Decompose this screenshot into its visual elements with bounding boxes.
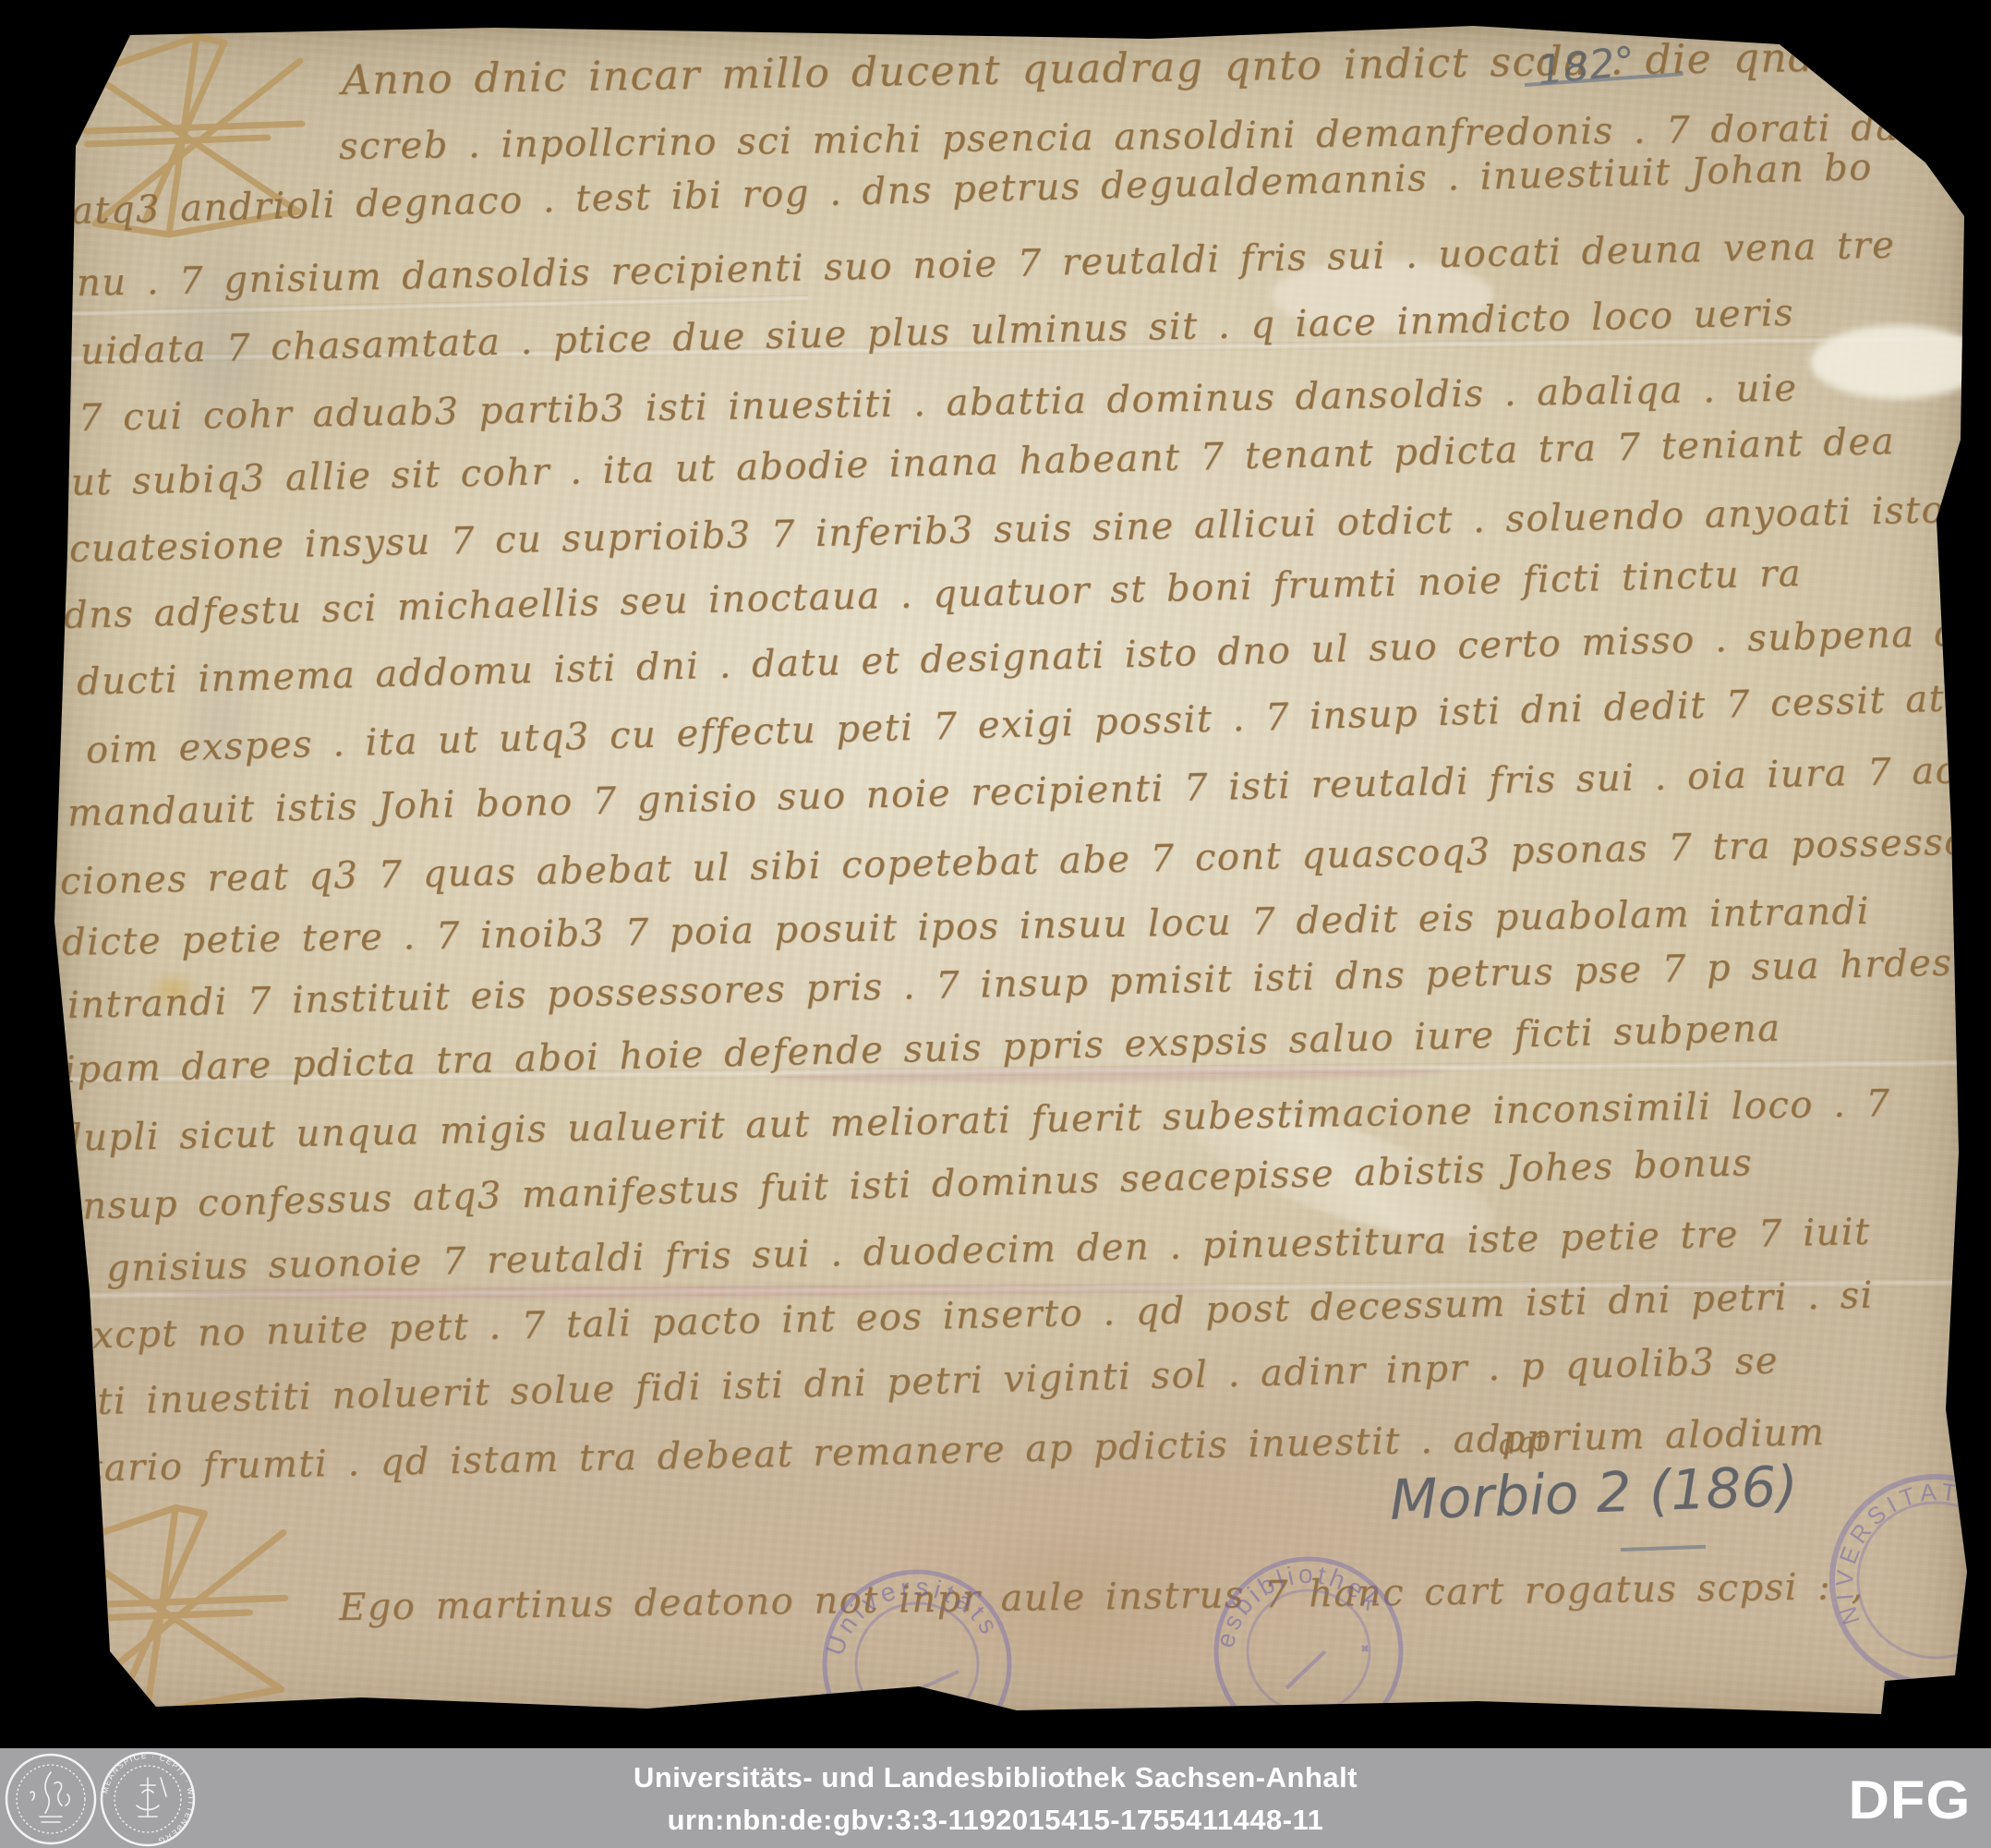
manuscript-line: nu . 7 gnisium dansoldis recipienti suo …	[77, 224, 1896, 305]
parchment-charter: Anno dnic incar millo ducent quadrag qnt…	[51, 24, 1970, 1721]
manuscript-flourish: dat	[1497, 1424, 1550, 1461]
notary-subscription-line: Ego martinus deatono not inpr aule instr…	[339, 1565, 1864, 1629]
library-name-label: Universitäts- und Landesbibliothek Sachs…	[0, 1761, 1991, 1794]
urn-label: urn:nbn:de:gbv:3:3-1192015415-1755411448…	[0, 1804, 1991, 1837]
svg-text:Universitäts: Universitäts	[820, 1573, 1006, 1660]
library-stamp-icon: NIVERSITATIS	[1780, 1424, 1991, 1736]
manuscript-line: isti inuestiti noluerit solue fidi isti …	[63, 1340, 1779, 1424]
pencil-archive-number: 182°	[1535, 38, 1637, 95]
dfg-logo-icon: DFG	[1848, 1769, 1971, 1831]
svg-text:NIVERSITATIS: NIVERSITATIS	[1792, 1444, 1991, 1633]
viewer-background: Anno dnic incar millo ducent quadrag qnt…	[0, 0, 1991, 1848]
abrasion-patch	[1810, 325, 1985, 399]
manuscript-line: ciones reat q3 7 quas abebat ul sibi cop…	[60, 819, 1991, 903]
notary-signum-bottom-icon	[53, 1502, 293, 1723]
footer-text-block: Universitäts- und Landesbibliothek Sachs…	[0, 1748, 1991, 1848]
library-stamp-icon: esbibliothek	[1207, 1550, 1410, 1753]
manuscript-line: 7 gnisius suonoie 7 reutaldi fris sui . …	[62, 1211, 1872, 1291]
pencil-underline	[1621, 1545, 1706, 1552]
manuscript-line: uidata 7 chasamtata . ptice due siue plu…	[79, 292, 1794, 373]
library-stamp-icon: Universitäts	[815, 1563, 1019, 1766]
manuscript-line: Anno dnic incar millo ducent quadrag qnt…	[342, 30, 1991, 104]
pencil-shelfmark-morbio: Morbio 2 (186)	[1389, 1455, 1799, 1533]
